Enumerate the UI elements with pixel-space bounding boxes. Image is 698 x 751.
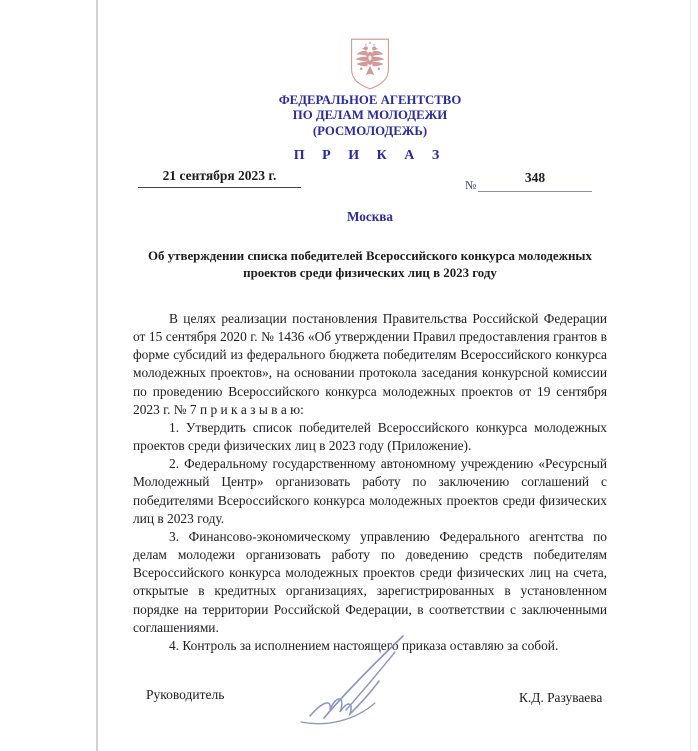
paragraph-item-1: 1. Утвердить список победителей Всеросси… bbox=[133, 419, 607, 455]
scanned-order-document: { "header": { "emblem": "russian-coat-of… bbox=[0, 0, 698, 751]
paragraph-preamble: В целях реализации постановления Правите… bbox=[133, 310, 607, 419]
document-body: В целях реализации постановления Правите… bbox=[133, 310, 607, 655]
document-title: Об утверждении списка победителей Всерос… bbox=[133, 248, 607, 282]
emblem-container bbox=[133, 36, 607, 97]
agency-name-line1: ФЕДЕРАЛЬНОЕ АГЕНТСТВО bbox=[133, 93, 607, 108]
page-left-edge bbox=[96, 0, 98, 751]
paragraph-item-2: 2. Федеральному государственному автоном… bbox=[133, 455, 607, 528]
order-date: 21 сентября 2023 г. bbox=[138, 168, 301, 188]
number-sign-label: № bbox=[465, 178, 476, 193]
paragraph-item-3: 3. Финансово-экономическому управлению Ф… bbox=[133, 528, 607, 637]
page-right-edge bbox=[690, 0, 691, 751]
order-number: 348 bbox=[478, 170, 592, 192]
agency-name-line3: (РОСМОЛОДЕЖЬ) bbox=[133, 124, 607, 139]
coat-of-arms-icon bbox=[346, 36, 394, 92]
document-type-heading: П Р И К А З bbox=[133, 148, 607, 164]
signer-role: Руководитель bbox=[146, 687, 224, 703]
handwritten-signature bbox=[286, 630, 418, 730]
city-label: Москва bbox=[133, 209, 607, 225]
agency-name-line2: ПО ДЕЛАМ МОЛОДЕЖИ bbox=[133, 108, 607, 123]
agency-name: ФЕДЕРАЛЬНОЕ АГЕНТСТВО ПО ДЕЛАМ МОЛОДЕЖИ … bbox=[133, 93, 607, 139]
signer-name: К.Д. Разуваева bbox=[519, 690, 602, 706]
